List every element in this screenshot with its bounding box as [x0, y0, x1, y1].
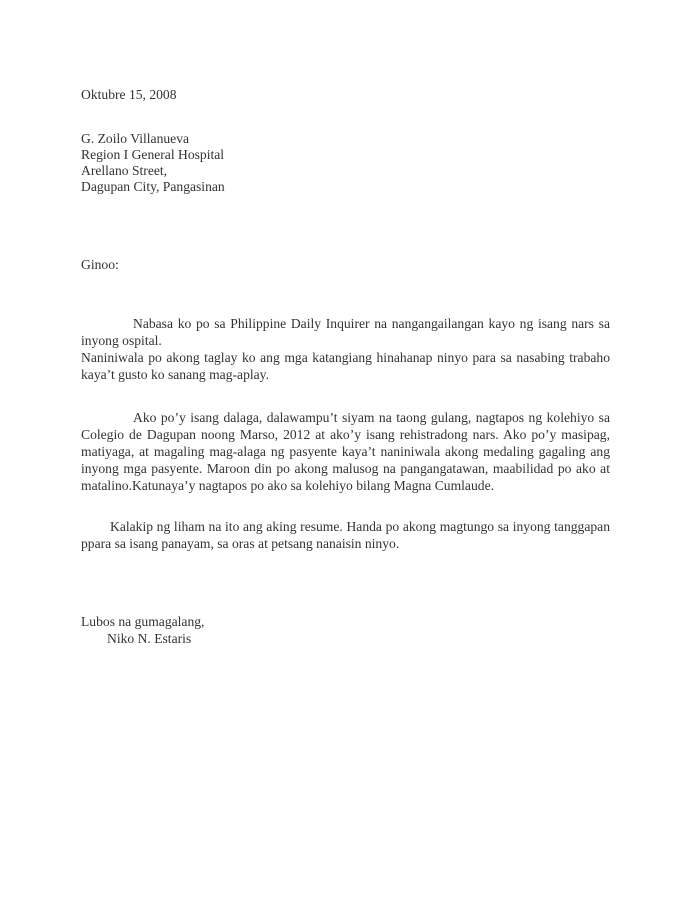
closing-block: Lubos na gumagalang, Niko N. Estaris — [81, 613, 610, 647]
recipient-city: Dagupan City, Pangasinan — [81, 179, 610, 195]
recipient-name: G. Zoilo Villanueva — [81, 131, 610, 147]
paragraph-2-line: Colegio de Dagupan noong Marso, 2012 at … — [81, 426, 610, 443]
paragraph-1-line: Nabasa ko po sa Philippine Daily Inquire… — [81, 315, 610, 332]
paragraph-1: Nabasa ko po sa Philippine Daily Inquire… — [81, 315, 610, 383]
paragraph-2-line: inyong mga pasyente. Maroon din po akong… — [81, 460, 610, 477]
paragraph-2-line: matalino.Katunaya’y nagtapos po ako sa k… — [81, 477, 610, 494]
signature-name: Niko N. Estaris — [81, 630, 610, 647]
paragraph-2: Ako po’y isang dalaga, dalawampu’t siyam… — [81, 409, 610, 494]
paragraph-2-line: matiyaga, at magaling mag-alaga ng pasye… — [81, 443, 610, 460]
paragraph-1-line: inyong ospital. — [81, 332, 610, 349]
letter-date: Oktubre 15, 2008 — [81, 87, 610, 103]
closing-phrase: Lubos na gumagalang, — [81, 613, 610, 630]
paragraph-3: Kalakip ng liham na ito ang aking resume… — [81, 518, 610, 552]
recipient-street: Arellano Street, — [81, 163, 610, 179]
letter-page: Oktubre 15, 2008 G. Zoilo Villanueva Reg… — [0, 0, 691, 921]
recipient-address-block: G. Zoilo Villanueva Region I General Hos… — [81, 131, 610, 195]
paragraph-1-line: Naniniwala po akong taglay ko ang mga ka… — [81, 349, 610, 366]
paragraph-1-line: kaya’t gusto ko sanang mag-aplay. — [81, 366, 610, 383]
paragraph-3-line: Kalakip ng liham na ito ang aking resume… — [81, 518, 610, 535]
paragraph-3-line: ppara sa isang panayam, sa oras at petsa… — [81, 535, 610, 552]
salutation: Ginoo: — [81, 257, 610, 273]
paragraph-2-line: Ako po’y isang dalaga, dalawampu’t siyam… — [81, 409, 610, 426]
recipient-organization: Region I General Hospital — [81, 147, 610, 163]
